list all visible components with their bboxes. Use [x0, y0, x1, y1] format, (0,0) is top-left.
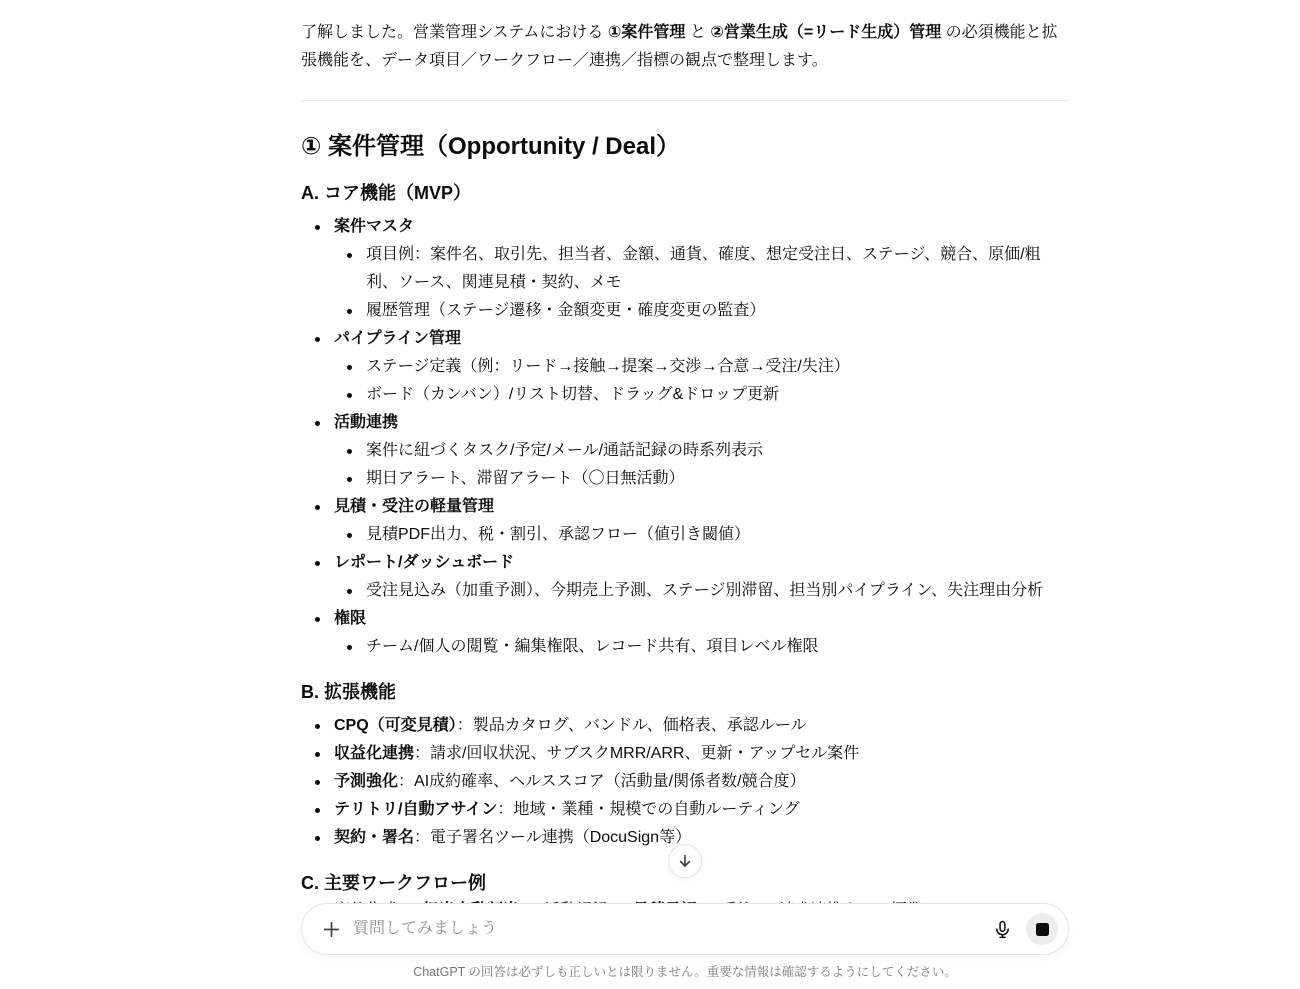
sub-list-item: ボード（カンバン）/リスト切替、ドラッグ&ドロップ更新: [334, 381, 1069, 409]
scroll-to-bottom-button[interactable]: [668, 844, 702, 878]
sub-list: 受注見込み（加重予測）、今期売上予測、ステージ別滞留、担当別パイプライン、失注理…: [334, 577, 1069, 605]
message-input[interactable]: [353, 920, 986, 938]
list-item-label: 収益化連携: [334, 745, 414, 762]
list-item: 収益化連携：請求/回収状況、サブスクMRR/ARR、更新・アップセル案件: [301, 740, 1069, 768]
sub-list-item: 受注見込み（加重予測）、今期売上予測、ステージ別滞留、担当別パイプライン、失注理…: [334, 577, 1069, 605]
list-item: 案件マスタ項目例：案件名、取引先、担当者、金額、通貨、確度、想定受注日、ステージ…: [301, 213, 1069, 325]
attach-plus-button[interactable]: [319, 917, 343, 941]
dictate-button[interactable]: [986, 913, 1018, 945]
sub-list-item: 履歴管理（ステージ遷移・金額変更・確度変更の監査）: [334, 297, 1069, 325]
list-item: パイプライン管理ステージ定義（例：リード→接触→提案→交渉→合意→受注/失注）ボ…: [301, 325, 1069, 409]
list-item-label: 権限: [334, 610, 366, 627]
list-item-label: レポート/ダッシュボード: [334, 554, 514, 571]
sub-list-item: 見積PDF出力、税・割引、承認フロー（値引き閾値）: [334, 521, 1069, 549]
sub-list: 項目例：案件名、取引先、担当者、金額、通貨、確度、想定受注日、ステージ、競合、原…: [334, 241, 1069, 325]
chat-composer[interactable]: [301, 903, 1069, 955]
sub-list-item: 案件に紐づくタスク/予定/メール/通話記録の時系列表示: [334, 437, 1069, 465]
extended-feature-list: CPQ（可変見積）：製品カタログ、バンドル、価格表、承認ルール収益化連携：請求/…: [301, 712, 1069, 852]
assistant-message: 了解しました。営業管理システムにおける ①案件管理 と ②営業生成（=リード生成…: [301, 0, 1069, 925]
list-item: CPQ（可変見積）：製品カタログ、バンドル、価格表、承認ルール: [301, 712, 1069, 740]
sub-list-item: 期日アラート、滞留アラート（〇日無活動）: [334, 465, 1069, 493]
list-item-text: ：製品カタログ、バンドル、価格表、承認ルール: [457, 717, 807, 734]
list-item-label: パイプライン管理: [334, 330, 461, 347]
sub-list-item: ステージ定義（例：リード→接触→提案→交渉→合意→受注/失注）: [334, 353, 1069, 381]
stop-square-icon: [1036, 923, 1049, 936]
intro-paragraph: 了解しました。営業管理システムにおける ①案件管理 と ②営業生成（=リード生成…: [301, 0, 1069, 75]
list-item: 権限チーム/個人の閲覧・編集権限、レコード共有、項目レベル権限: [301, 605, 1069, 661]
section-heading-opportunity: ① 案件管理（Opportunity / Deal）: [301, 132, 1069, 162]
sub-list: 案件に紐づくタスク/予定/メール/通話記録の時系列表示期日アラート、滞留アラート…: [334, 437, 1069, 493]
stop-generating-button[interactable]: [1026, 913, 1058, 945]
list-item-label: テリトリ/自動アサイン: [334, 801, 497, 818]
disclaimer-text: ChatGPT の回答は必ずしも正しいとは限りません。重要な情報は確認するように…: [301, 964, 1069, 980]
sub-list: チーム/個人の閲覧・編集権限、レコード共有、項目レベル権限: [334, 633, 1069, 661]
list-item-text: ：請求/回収状況、サブスクMRR/ARR、更新・アップセル案件: [414, 745, 859, 762]
text-segment: と: [685, 24, 710, 41]
list-item: 活動連携案件に紐づくタスク/予定/メール/通話記録の時系列表示期日アラート、滞留…: [301, 409, 1069, 493]
list-item: テリトリ/自動アサイン：地域・業種・規模での自動ルーティング: [301, 796, 1069, 824]
core-feature-list: 案件マスタ項目例：案件名、取引先、担当者、金額、通貨、確度、想定受注日、ステージ…: [301, 213, 1069, 661]
list-item-text: ：地域・業種・規模での自動ルーティング: [497, 801, 799, 818]
list-item: レポート/ダッシュボード受注見込み（加重予測）、今期売上予測、ステージ別滞留、担…: [301, 549, 1069, 605]
list-item-label: 契約・署名: [334, 829, 414, 846]
list-item-label: 予測強化: [334, 773, 398, 790]
list-item-text: ：電子署名ツール連携（DocuSign等）: [414, 829, 691, 846]
list-item: 予測強化：AI成約確率、ヘルススコア（活動量/関係者数/競合度）: [301, 768, 1069, 796]
subsection-heading-core: A. コア機能（MVP）: [301, 181, 1069, 205]
list-item-label: 案件マスタ: [334, 218, 414, 235]
list-item-label: 活動連携: [334, 414, 398, 431]
list-item-label: 見積・受注の軽量管理: [334, 498, 494, 515]
list-item-text: ：AI成約確率、ヘルススコア（活動量/関係者数/競合度）: [398, 773, 806, 790]
list-item-label: CPQ（可変見積）: [334, 717, 457, 734]
sub-list: ステージ定義（例：リード→接触→提案→交渉→合意→受注/失注）ボード（カンバン）…: [334, 353, 1069, 409]
microphone-icon: [992, 919, 1013, 940]
down-arrow-icon: [677, 853, 693, 869]
list-item: 見積・受注の軽量管理見積PDF出力、税・割引、承認フロー（値引き閾値）: [301, 493, 1069, 549]
section-divider: [301, 100, 1069, 101]
text-segment: ①案件管理: [608, 24, 686, 41]
sub-list-item: チーム/個人の閲覧・編集権限、レコード共有、項目レベル権限: [334, 633, 1069, 661]
subsection-heading-extended: B. 拡張機能: [301, 680, 1069, 704]
text-segment: 了解しました。営業管理システムにおける: [301, 24, 608, 41]
sub-list: 見積PDF出力、税・割引、承認フロー（値引き閾値）: [334, 521, 1069, 549]
text-segment: ②営業生成（=リード生成）管理: [710, 24, 941, 41]
plus-icon: [321, 919, 342, 940]
sub-list-item: 項目例：案件名、取引先、担当者、金額、通貨、確度、想定受注日、ステージ、競合、原…: [334, 241, 1069, 297]
